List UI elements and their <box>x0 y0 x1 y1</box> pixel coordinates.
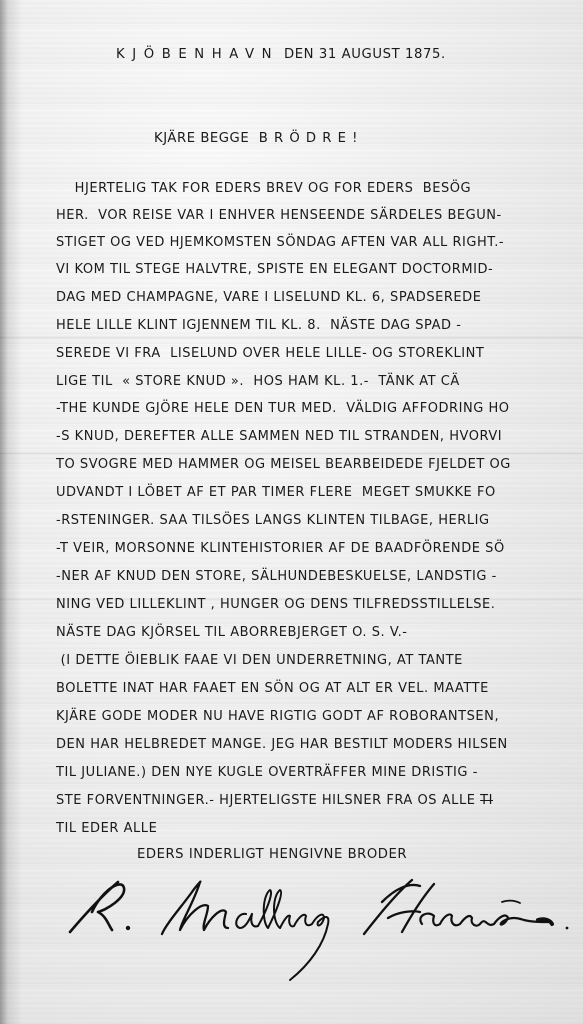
body-line: TIL JULIANE.) DEN NYE KUGLE OVERTRÄFFER … <box>56 765 478 781</box>
body-line-text: STE FORVENTNINGER.- HJERTELIGSTE HILSNER… <box>56 793 480 808</box>
body-line: BOLETTE INAT HAR FAAET EN SÖN OG AT ALT … <box>56 681 489 697</box>
body-line: VI KOM TIL STEGE HALVTRE, SPISTE EN ELEG… <box>56 262 493 278</box>
letter-dateline: KJÖBENHAVN DEN 31 AUGUST 1875. <box>116 47 446 63</box>
letter-page: KJÖBENHAVN DEN 31 AUGUST 1875. KJÄRE BEG… <box>0 0 583 1024</box>
body-line: TIL EDER ALLE <box>56 821 157 837</box>
paper-texture <box>0 0 583 1024</box>
body-line: HJERTELIG TAK FOR EDERS BREV OG FOR EDER… <box>56 181 471 197</box>
letter-closing: EDERS INDERLIGT HENGIVNE BRODER <box>137 847 407 863</box>
struck-out-text: TI <box>480 793 493 808</box>
salutation-spaced: BRÖDRE! <box>259 131 364 146</box>
handwritten-signature: R. Malling Hansen <box>62 872 572 992</box>
body-line: NING VED LILLEKLINT , HUNGER OG DENS TIL… <box>56 597 495 613</box>
body-line: (I DETTE ÖIEBLIK FAAE VI DEN UNDERRETNIN… <box>56 653 463 669</box>
letter-salutation: KJÄRE BEGGE BRÖDRE! <box>154 131 364 147</box>
body-line: -THE KUNDE GJÖRE HELE DEN TUR MED. VÄLDI… <box>56 401 510 417</box>
body-line: NÄSTE DAG KJÖRSEL TIL ABORREBJERGET O. S… <box>56 625 408 641</box>
body-line: SEREDE VI FRA LISELUND OVER HELE LILLE- … <box>56 346 484 362</box>
body-line: TO SVOGRE MED HAMMER OG MEISEL BEARBEIDE… <box>56 457 511 473</box>
body-line: DEN HAR HELBREDET MANGE. JEG HAR BESTILT… <box>56 737 508 753</box>
paper-crease <box>0 452 583 455</box>
body-line: KJÄRE GODE MODER NU HAVE RIGTIG GODT AF … <box>56 709 499 725</box>
body-line: -S KNUD, DEREFTER ALLE SAMMEN NED TIL ST… <box>56 429 502 445</box>
body-line: HER. VOR REISE VAR I ENHVER HENSEENDE SÄ… <box>56 208 502 224</box>
body-line: UDVANDT I LÖBET AF ET PAR TIMER FLERE ME… <box>56 485 496 501</box>
body-line: -NER AF KNUD DEN STORE, SÄLHUNDEBESKUELS… <box>56 569 497 585</box>
letter-date: DEN 31 AUGUST 1875. <box>284 47 446 62</box>
body-line: DAG MED CHAMPAGNE, VARE I LISELUND KL. 6… <box>56 290 481 306</box>
body-line: STE FORVENTNINGER.- HJERTELIGSTE HILSNER… <box>56 793 493 809</box>
salutation-words: KJÄRE BEGGE <box>154 131 249 146</box>
letter-place: KJÖBENHAVN <box>116 47 279 62</box>
body-line: LIGE TIL « STORE KNUD ». HOS HAM KL. 1.-… <box>56 374 460 390</box>
body-line: STIGET OG VED HJEMKOMSTEN SÖNDAG AFTEN V… <box>56 235 504 251</box>
body-line: -T VEIR, MORSONNE KLINTEHISTORIER AF DE … <box>56 541 505 557</box>
paper-crease <box>0 336 583 339</box>
body-line: -RSTENINGER. SAA TILSÖES LANGS KLINTEN T… <box>56 513 490 529</box>
body-line: HELE LILLE KLINT IGJENNEM TIL KL. 8. NÄS… <box>56 318 461 334</box>
